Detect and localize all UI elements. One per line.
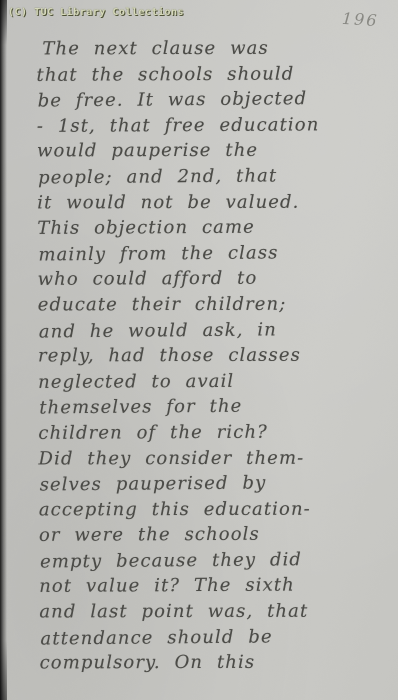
manuscript-line: mainly from the class: [38, 239, 389, 268]
manuscript-line: selves pauperised by: [40, 469, 391, 498]
manuscript-line: accepting this education-: [39, 496, 391, 523]
manuscript-line: and last point was, that: [39, 599, 391, 626]
manuscript-line: neglected to avail: [38, 368, 390, 395]
manuscript-line: people; and 2nd, that: [38, 162, 389, 191]
library-watermark: (C) TUC Library Collections: [8, 7, 184, 18]
page-number: 196: [341, 9, 379, 31]
manuscript-line: This objection came: [37, 214, 389, 241]
manuscript-line: Did they consider them-: [39, 445, 391, 472]
manuscript-text-block: The next clause was that the schools sho…: [0, 35, 398, 677]
manuscript-line: it would not be valued.: [37, 189, 389, 216]
manuscript-line: compulsory. On this: [40, 650, 392, 677]
manuscript-line: educate their children;: [38, 291, 390, 318]
manuscript-line: The next clause was: [42, 35, 388, 61]
manuscript-line: attendance should be: [40, 623, 391, 652]
manuscript-line: that the schools should: [36, 61, 388, 88]
manuscript-line: be free. It was objected: [38, 86, 389, 115]
manuscript-line: - 1st, that free education: [37, 112, 389, 139]
manuscript-line: or were the schools: [39, 521, 391, 548]
manuscript-line: themselves for the: [39, 393, 390, 422]
manuscript-line: not value it? The sixth: [39, 572, 391, 599]
manuscript-line: children of the rich?: [38, 419, 390, 446]
scanned-manuscript-page: (C) TUC Library Collections 196 The next…: [0, 0, 398, 700]
manuscript-line: would pauperise the: [37, 138, 389, 165]
manuscript-line: who could afford to: [38, 265, 390, 292]
manuscript-line: and he would ask, in: [39, 316, 390, 345]
manuscript-line: empty because they did: [40, 546, 391, 575]
manuscript-line: reply, had those classes: [38, 343, 390, 370]
